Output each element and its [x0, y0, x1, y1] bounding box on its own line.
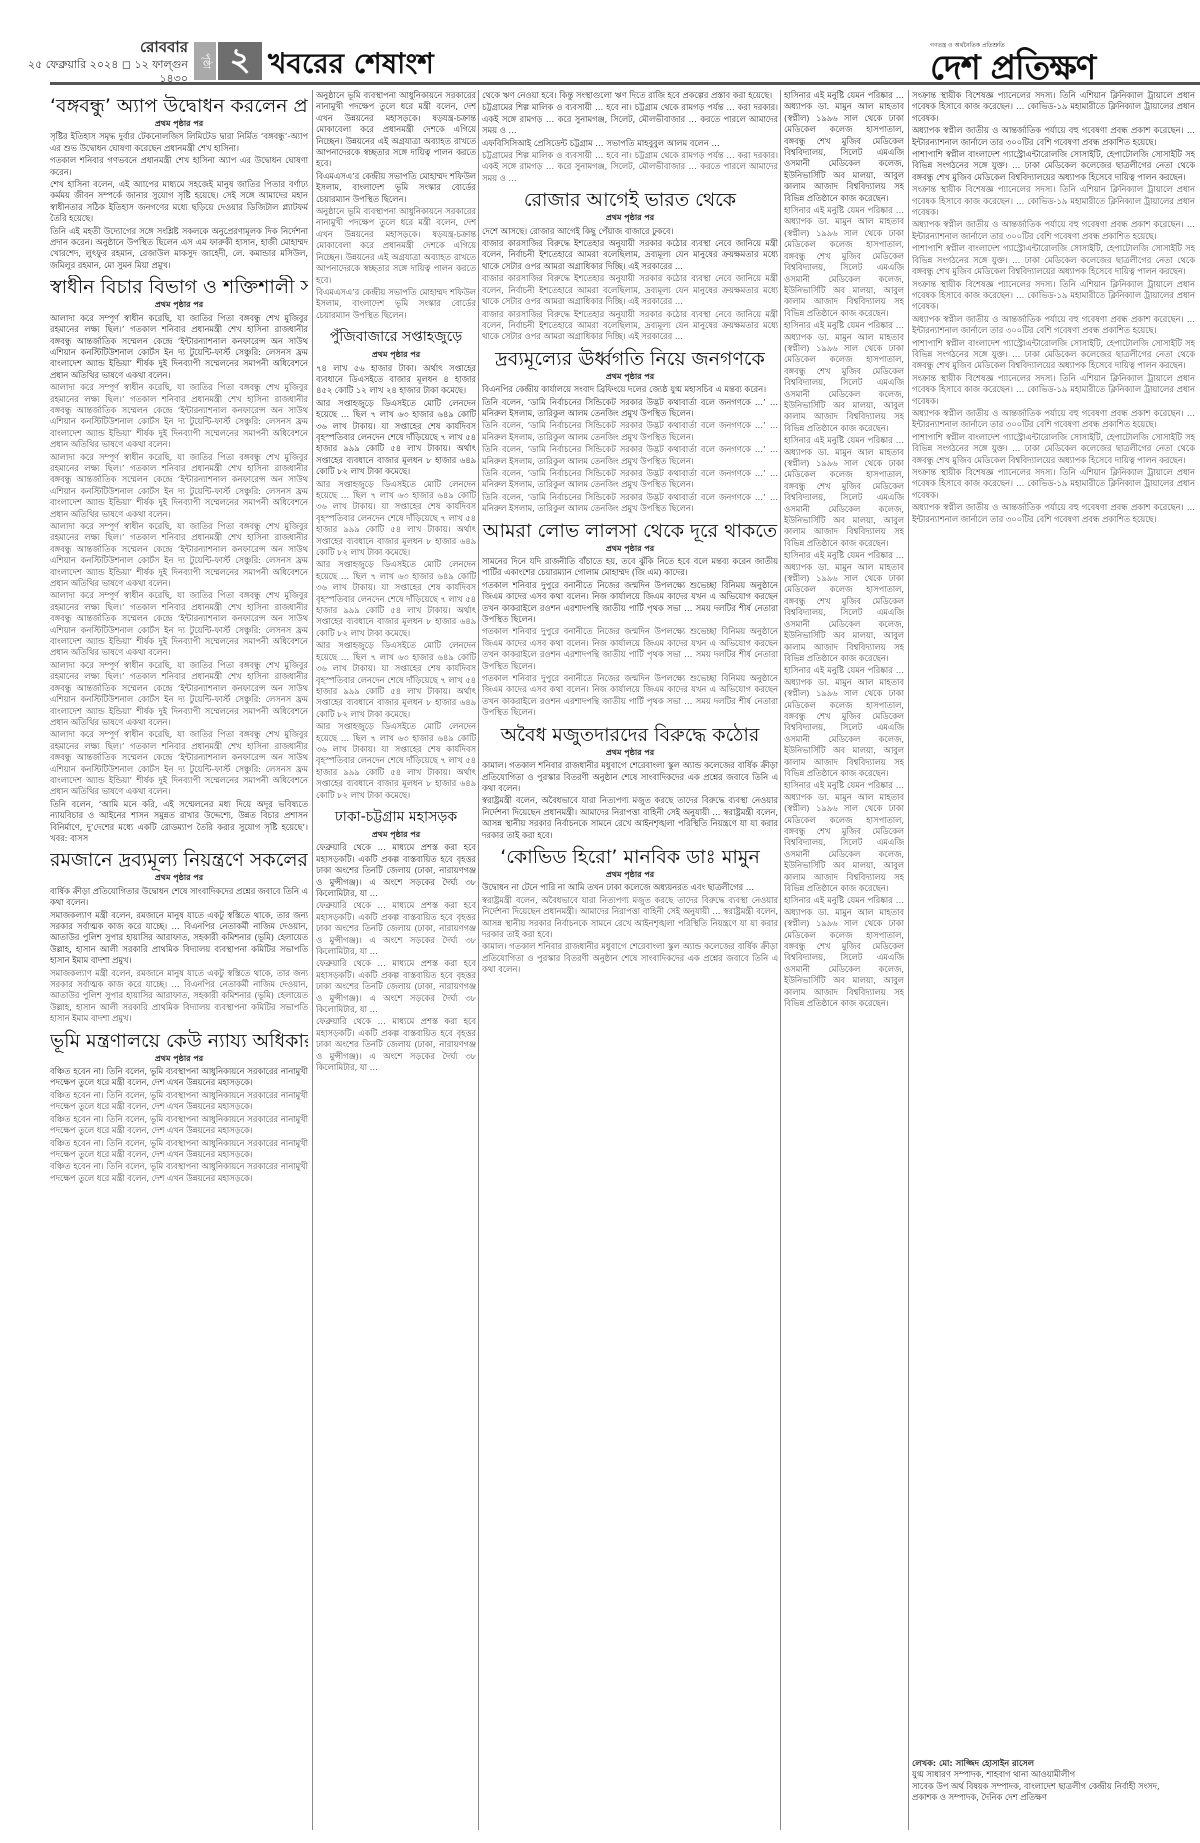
article-paragraph: অধ্যাপক স্বপ্নীল জাতীয় ও আন্তর্জাতিক পর…: [912, 314, 1195, 337]
column-4: হাসিনার এই মনুষ্টি যেমন পরিষ্কার … অধ্যা…: [784, 90, 904, 1835]
brand-name: দেশ প্রতিক্ষণ: [930, 51, 1185, 85]
article-paragraph: সংক্রান্ত স্থায়ীক বিশেষজ্ঞ প্যানেলের সদ…: [912, 184, 1195, 218]
newspaper-logo: গণতন্ত্র ও অর্থনৈতিক প্রতিশ্রুতি দেশ প্র…: [930, 40, 1185, 85]
article-paragraph: অধ্যাপক স্বপ্নীল জাতীয় ও আন্তর্জাতিক পর…: [912, 125, 1195, 148]
article-paragraph: বিএনপির কেন্দ্রীয় কার্যালয়ে সংবাদ ব্রি…: [482, 384, 778, 395]
article-headline: ভূমি মন্ত্রণালয়ে কেউ ন্যায্য অধিকার থেক…: [50, 1029, 308, 1053]
continued-label: প্রথম পৃষ্ঠার পর: [50, 1053, 308, 1064]
article-paragraph: হাসিনার এই মনুষ্টি যেমন পরিষ্কার … অধ্যা…: [784, 665, 904, 779]
article-paragraph: অধ্যাপক স্বপ্নীল জাতীয় ও আন্তর্জাতিক পর…: [912, 219, 1195, 242]
article-headline: রোজার আগেই ভারত থেকে: [482, 188, 778, 212]
article-paragraph: বঞ্চিত হবেন না। তিনি বলেন, ভূমি ব্যবস্থা…: [50, 1138, 308, 1161]
article-paragraph: সমাজকল্যাণ মন্ত্রী বলেন, রমজানে মানুষ যা…: [50, 910, 308, 967]
article-paragraph: পাশাপাশি স্বপ্নীল বাংলাদেশ গ্যাস্ট্রোএন্…: [912, 243, 1195, 277]
article-paragraph: সংক্রান্ত স্থায়ীক বিশেষজ্ঞ প্যানেলের সদ…: [912, 90, 1195, 124]
article-paragraph: গতকাল শনিবার দুপুরে বনানীতে নিজের জন্মদি…: [482, 673, 778, 719]
article-headline: পুঁজিবাজারে সপ্তাহজুড়ে: [316, 325, 476, 349]
article-paragraph: বাজার কারসাজির বিরুদ্ধে ইশতেহার অনুযায়ী…: [482, 309, 778, 343]
article-paragraph: বিএমএসএ’র কেন্দ্রীয় সভাপতি মোহাম্মদ শফি…: [316, 171, 476, 205]
continued-label: প্রথম পৃষ্ঠার পর: [482, 543, 778, 554]
article-headline: আমরা লোভ লালসা থেকে দূরে থাকতে: [482, 519, 778, 543]
article-paragraph: বঞ্চিত হবেন না। তিনি বলেন, ভূমি ব্যবস্থা…: [50, 1114, 308, 1137]
article-paragraph: আর সপ্তাহজুড়ে ডিএসইতে মোটি লেনদেন হয়েছ…: [316, 398, 476, 478]
article-paragraph: হাসিনার এই মনুষ্টি যেমন পরিষ্কার … অধ্যা…: [784, 895, 904, 1009]
article-headline: রমজানে দ্রব্যমূল্য নিয়ন্ত্রণে সকলের: [50, 848, 308, 872]
author-byline: লেখক: মো: সাজ্জিদ হোসাইন রাসেল যুগ্ম সাধ…: [912, 1758, 1195, 1804]
article-paragraph: তিনি বলেন, ‘ডামি নির্বাচনের সিন্ডিকেট সর…: [482, 397, 778, 420]
article-paragraph: হাসিনার এই মনুষ্টি যেমন পরিষ্কার … অধ্যা…: [784, 435, 904, 549]
date-block: রোববার ২৫ ফেব্রুয়ারি ২০২৪ ◻ ১২ ফাল্গুন …: [0, 38, 188, 86]
article-paragraph: পাশাপাশি স্বপ্নীল বাংলাদেশ গ্যাস্ট্রোএন্…: [912, 338, 1195, 372]
column-3: থেকে ঋণ নেওয়া হবে। কিন্তু সংস্থাগুলো ঋণ…: [482, 90, 778, 1835]
article-paragraph: হাসিনার এই মনুষ্টি যেমন পরিষ্কার … অধ্যা…: [784, 320, 904, 434]
article-paragraph: ফেব্রুয়ারি থেকে … মাধ্যমে প্রশস্ত করা হ…: [316, 1016, 476, 1073]
article-paragraph: সমাজকল্যাণ মন্ত্রী বলেন, রমজানে মানুষ যা…: [50, 968, 308, 1025]
article-paragraph: পাশাপাশি স্বপ্নীল বাংলাদেশ গ্যাস্ট্রোএন্…: [912, 432, 1195, 466]
article-paragraph: বঞ্চিত হবেন না। তিনি বলেন, ভূমি ব্যবস্থা…: [50, 1066, 308, 1089]
article-paragraph: আলাদা করে সম্পূর্ণ স্বাধীন করেছি, যা জাত…: [50, 729, 308, 797]
article-paragraph: সংক্রান্ত স্থায়ীক বিশেষজ্ঞ প্যানেলের সদ…: [912, 279, 1195, 313]
continued-label: প্রথম পৃষ্ঠার পর: [316, 829, 476, 840]
continued-label: প্রথম পৃষ্ঠার পর: [50, 872, 308, 883]
byline-line: যুগ্ম সাধারণ সম্পাদক, শাহবাগ থানা আওয়াম…: [912, 1769, 1195, 1780]
article-paragraph: ফেব্রুয়ারি থেকে … মাধ্যমে প্রশস্ত করা হ…: [316, 842, 476, 899]
article-paragraph: বিএমএসএ’র কেন্দ্রীয় সভাপতি মোহাম্মদ শফি…: [316, 287, 476, 321]
page-label: পৃষ্ঠা: [194, 42, 216, 80]
continued-label: প্রথম পৃষ্ঠার পর: [482, 747, 778, 758]
issue-day: রোববার: [0, 38, 188, 58]
article-paragraph: হাসিনার এই মনুষ্টি যেমন পরিষ্কার … অধ্যা…: [784, 205, 904, 319]
article-paragraph: ফেব্রুয়ারি থেকে … মাধ্যমে প্রশস্ত করা হ…: [316, 900, 476, 957]
article-paragraph: অধ্যাপক স্বপ্নীল জাতীয় ও আন্তর্জাতিক পর…: [912, 408, 1195, 431]
article-paragraph: শেখ হাসিনা বলেন, এই অ্যাপের মাধ্যমে সহজে…: [50, 179, 308, 225]
article-paragraph: সামনের দিনে যদি রাজনীতি বাঁচাতে হয়, তবে…: [482, 556, 778, 579]
article-paragraph: তিনি বলেন, ‘আমি মনে করি, এই সম্মেলনের মধ…: [50, 799, 308, 845]
column-5: সংক্রান্ত স্থায়ীক বিশেষজ্ঞ প্যানেলের সদ…: [912, 90, 1195, 1755]
article-paragraph: কামাল। গতকাল শনিবার রাজধানীর মধুবাগে শের…: [482, 941, 778, 975]
article-paragraph: বঞ্চিত হবেন না। তিনি বলেন, ভূমি ব্যবস্থা…: [50, 1090, 308, 1113]
article-headline: ঢাকা-চট্টগ্রাম মহাসড়ক: [316, 805, 476, 829]
article-headline: স্বাধীন বিচার বিভাগ ও শক্তিশালী সংসদ: [50, 275, 308, 299]
article-paragraph: অনুষ্ঠানে ভূমি ব্যবস্থাপনা আধুনিকায়নে স…: [316, 206, 476, 286]
article-paragraph: থেকে ঋণ নেওয়া হবে। কিন্তু সংস্থাগুলো ঋণ…: [482, 90, 778, 101]
article-paragraph: আর সপ্তাহজুড়ে ডিএসইতে মোটি লেনদেন হয়েছ…: [316, 559, 476, 639]
masthead: রোববার ২৫ ফেব্রুয়ারি ২০২৪ ◻ ১২ ফাল্গুন …: [0, 0, 1200, 82]
article-paragraph: কামাল। গতকাল শনিবার রাজধানীর মধুবাগে শের…: [482, 760, 778, 794]
article-paragraph: বাজার কারসাজির বিরুদ্ধে ইশতেহার অনুযায়ী…: [482, 273, 778, 307]
byline-name: মো: সাজ্জিদ হোসাইন রাসেল: [939, 1758, 1034, 1768]
article-paragraph: পাশাপাশি স্বপ্নীল বাংলাদেশ গ্যাস্ট্রোএন্…: [912, 149, 1195, 183]
article-paragraph: চট্টগ্রামের শিল্প মালিক ও ব্যবসায়ী … হব…: [482, 102, 778, 136]
article-paragraph: আর সপ্তাহজুড়ে ডিএসইতে মোটি লেনদেন হয়েছ…: [316, 721, 476, 801]
article-headline: ‘বঙ্গবন্ধু’ অ্যাপ উদ্বোধন করলেন প্রধানমন…: [50, 94, 308, 118]
continued-label: প্রথম পৃষ্ঠার পর: [316, 349, 476, 360]
article-paragraph: বাজার কারসাজির বিরুদ্ধে ইশতেহার অনুযায়ী…: [482, 238, 778, 272]
article-paragraph: গতকাল শনিবার গণভবনে প্রধানমন্ত্রী শেখ হা…: [50, 155, 308, 178]
byline-prefix: লেখক:: [912, 1758, 936, 1768]
article-paragraph: স্বরাষ্ট্রমন্ত্রী বলেন, অবৈধভাবে যারা নি…: [482, 895, 778, 941]
article-paragraph: আর সপ্তাহজুড়ে ডিএসইতে মোটি লেনদেন হয়েছ…: [316, 479, 476, 559]
article-paragraph: হাসিনার এই মনুষ্টি যেমন পরিষ্কার … অধ্যা…: [784, 90, 904, 204]
article-paragraph: আলাদা করে সম্পূর্ণ স্বাধীন করেছি, যা জাত…: [50, 452, 308, 520]
article-paragraph: সংক্রান্ত স্থায়ীক বিশেষজ্ঞ প্যানেলের সদ…: [912, 467, 1195, 501]
continued-label: প্রথম পৃষ্ঠার পর: [482, 212, 778, 223]
article-paragraph: তিনি বলেন, ‘ডামি নির্বাচনের সিন্ডিকেট সর…: [482, 492, 778, 515]
article-paragraph: চট্টগ্রামের শিল্প মালিক ও ব্যবসায়ী … হব…: [482, 150, 778, 184]
article-paragraph: বঞ্চিত হবেন না। তিনি বলেন, ভূমি ব্যবস্থা…: [50, 1161, 308, 1184]
article-paragraph: আলাদা করে সম্পূর্ণ স্বাধীন করেছি, যা জাত…: [50, 521, 308, 589]
continued-label: প্রথম পৃষ্ঠার পর: [482, 869, 778, 880]
article-paragraph: বার্ষিক ক্রীড়া প্রতিযোগিতার উদ্বোধন শেষ…: [50, 886, 308, 909]
article-paragraph: হাসিনার এই মনুষ্টি যেমন পরিষ্কার … অধ্যা…: [784, 550, 904, 664]
article-paragraph: আলাদা করে সম্পূর্ণ স্বাধীন করেছি, যা জাত…: [50, 590, 308, 658]
article-headline: ‘কোভিড হিরো’ মানবিক ডাঃ মামুন: [482, 845, 778, 869]
article-paragraph: হাসিনার এই মনুষ্টি যেমন পরিষ্কার … অধ্যা…: [784, 780, 904, 894]
column-divider: [780, 90, 781, 1830]
article-paragraph: তিনি এই মহতী উদ্যোগের সঙ্গে সংশ্লিষ্ট সক…: [50, 226, 308, 272]
byline-line: প্রকাশক ও সম্পাদক, দৈনিক দেশ প্রতিক্ষণ: [912, 1792, 1195, 1803]
continued-label: প্রথম পৃষ্ঠার পর: [50, 299, 308, 310]
article-paragraph: তিনি বলেন, ‘ডামি নির্বাচনের সিন্ডিকেট সর…: [482, 444, 778, 467]
article-paragraph: এফবিসিসিআই প্রেসিডেন্ট চট্টগ্রাম … সভাপত…: [482, 138, 778, 149]
article-paragraph: অধ্যাপক স্বপ্নীল জাতীয় ও আন্তর্জাতিক পর…: [912, 502, 1195, 525]
article-paragraph: গতকাল শনিবার দুপুরে বনানীতে নিজের জন্মদি…: [482, 626, 778, 672]
column-divider: [312, 90, 313, 1830]
continued-label: প্রথম পৃষ্ঠার পর: [482, 371, 778, 382]
article-paragraph: আলাদা করে সম্পূর্ণ স্বাধীন করেছি, যা জাত…: [50, 660, 308, 728]
column-divider: [478, 90, 479, 1830]
article-headline: অবৈধ মজুতদারদের বিরুদ্ধে কঠোর: [482, 723, 778, 747]
article-paragraph: তিনি বলেন, ‘ডামি নির্বাচনের সিন্ডিকেট সর…: [482, 420, 778, 443]
article-paragraph: দেশে আসছে। রোজার আগেই কিছু পেঁয়াজ বাজার…: [482, 226, 778, 237]
column-divider: [908, 90, 909, 1830]
column-2: অনুষ্ঠানে ভূমি ব্যবস্থাপনা আধুনিকায়নে স…: [316, 90, 476, 1835]
continued-label: প্রথম পৃষ্ঠার পর: [50, 118, 308, 129]
article-paragraph: উদ্বোধন না টেনে পারি না আমি তখন ঢাকা কলে…: [482, 882, 778, 893]
article-paragraph: সংক্রান্ত স্থায়ীক বিশেষজ্ঞ প্যানেলের সদ…: [912, 373, 1195, 407]
article-paragraph: ফেব্রুয়ারি থেকে … মাধ্যমে প্রশস্ত করা হ…: [316, 958, 476, 1015]
page-number: ২: [218, 42, 262, 80]
masthead-rule: [50, 82, 1200, 85]
article-paragraph: ৭৪ লাখ ৫৬ হাজার টাকা। অর্থাৎ সপ্তাহের ব্…: [316, 363, 476, 397]
article-paragraph: সৃষ্টির ইতিহাস সমৃদ্ধ দুর্বার টেকনোলজিস …: [50, 131, 308, 154]
article-paragraph: অনুষ্ঠানে ভূমি ব্যবস্থাপনা আধুনিকায়নে স…: [316, 90, 476, 170]
article-paragraph: তিনি বলেন, ‘ডামি নির্বাচনের সিন্ডিকেট সর…: [482, 468, 778, 491]
column-1: ‘বঙ্গবন্ধু’ অ্যাপ উদ্বোধন করলেন প্রধানমন…: [50, 90, 308, 1835]
article-paragraph: আলাদা করে সম্পূর্ণ স্বাধীন করেছি, যা জাত…: [50, 313, 308, 381]
byline-line: সাবেক উপ অর্থ বিষয়ক সম্পাদক, বাংলাদেশ ছ…: [912, 1781, 1195, 1792]
article-paragraph: গতকাল শনিবার দুপুরে বনানীতে নিজের জন্মদি…: [482, 580, 778, 626]
article-headline: দ্রব্যমূল্যের ঊর্ধ্বগতি নিয়ে জনগণকে: [482, 347, 778, 371]
article-paragraph: আর সপ্তাহজুড়ে ডিএসইতে মোটি লেনদেন হয়েছ…: [316, 640, 476, 720]
article-paragraph: স্বরাষ্ট্রমন্ত্রী বলেন, অবৈধভাবে যারা নি…: [482, 795, 778, 841]
article-paragraph: আলাদা করে সম্পূর্ণ স্বাধীন করেছি, যা জাত…: [50, 382, 308, 450]
